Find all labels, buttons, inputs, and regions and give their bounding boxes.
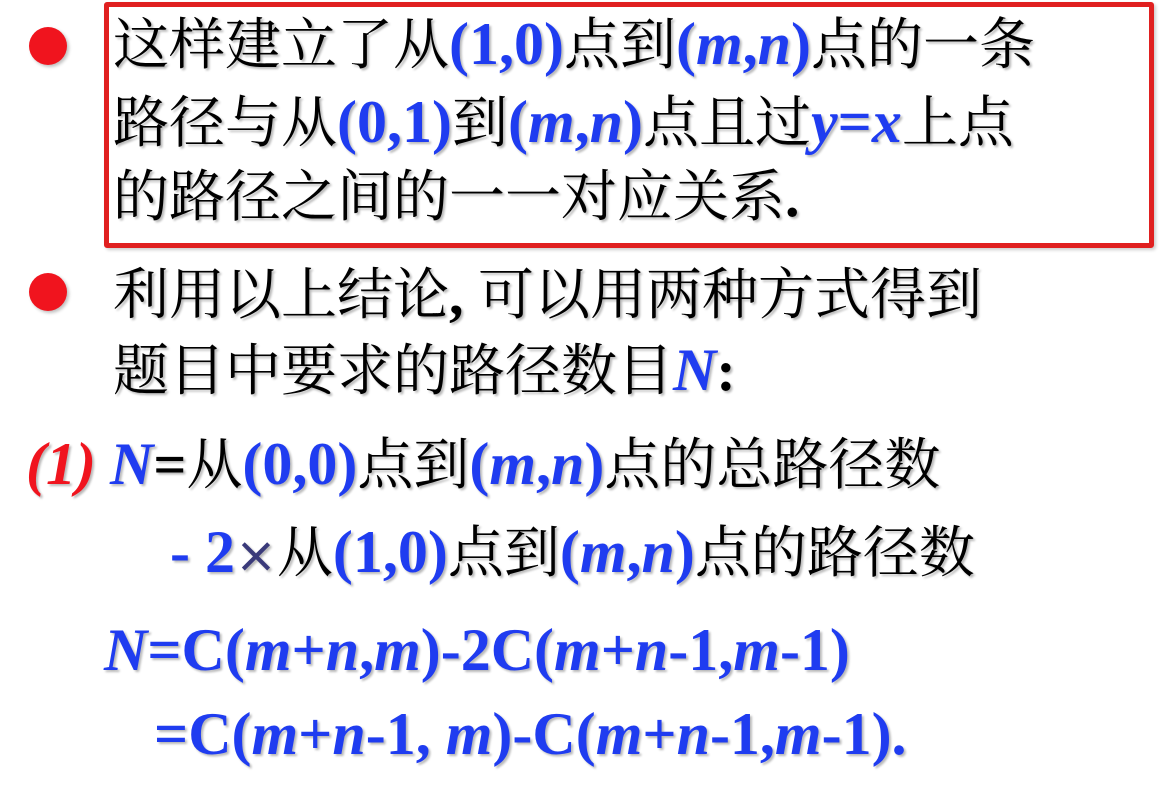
math-run: n — [635, 617, 668, 683]
method-line-1: N=从(0,0)点到(m,n)点的总路径数 — [110, 434, 940, 494]
text-run: 点的一条 — [811, 13, 1035, 78]
math-run: m — [374, 617, 421, 683]
math-run: m — [596, 701, 643, 767]
boxed-line-1: 这样建立了从(1,0)点到(m,n)点的一条 — [113, 14, 1035, 74]
math-run: + — [642, 701, 676, 767]
math-run: n — [332, 701, 365, 767]
math-run: : — [716, 338, 735, 403]
math-run: )-2C( — [421, 617, 554, 683]
math-run: m — [489, 431, 536, 497]
text-run: 从 — [277, 521, 333, 586]
math-run: n — [590, 89, 623, 155]
bullet-icon — [29, 27, 67, 65]
math-run: y — [811, 89, 838, 155]
math-run: ) — [584, 431, 604, 497]
math-run: (1,0) — [449, 11, 564, 77]
math-run: (0,1) — [337, 89, 452, 155]
text-run: 点且过 — [643, 91, 811, 156]
math-run: m — [696, 11, 743, 77]
text-run: 从 — [186, 433, 242, 498]
text-run: 到 — [452, 91, 508, 156]
text-run: 题目中要求的路径数目 — [113, 339, 673, 404]
math-run: n — [758, 11, 791, 77]
math-run: , — [627, 519, 642, 585]
math-run: n — [642, 519, 675, 585]
math-run: ) — [675, 519, 695, 585]
math-run: m — [580, 519, 627, 585]
math-run: (0,0) — [242, 431, 357, 497]
math-run: n — [326, 617, 359, 683]
math-run: , — [449, 262, 478, 327]
math-run: ) — [791, 11, 811, 77]
text-run: 可以用两种方式得到 — [478, 263, 982, 328]
math-run: -1). — [822, 701, 907, 767]
math-run: ( — [560, 519, 580, 585]
math-run: (1,0) — [333, 519, 448, 585]
math-run: ) — [623, 89, 643, 155]
math-run: m — [528, 89, 575, 155]
math-run: , — [575, 89, 590, 155]
math-run: ( — [508, 89, 528, 155]
text-run: 点的总路径数 — [604, 433, 940, 498]
math-run: -1, — [366, 701, 446, 767]
math-run: × — [235, 526, 277, 584]
boxed-line-3: 的路径之间的一一对应关系. — [113, 168, 800, 226]
math-run: = — [838, 89, 872, 155]
math-run: + — [601, 617, 635, 683]
math-run: , — [743, 11, 758, 77]
formula-line-2: =C(m+n-1, m)-C(m+n-1,m-1). — [154, 704, 907, 764]
method-label: (1) — [26, 434, 96, 494]
math-run: m — [252, 701, 299, 767]
math-run: ( — [676, 11, 696, 77]
math-run: m — [245, 617, 292, 683]
conclusion-line-2: 题目中要求的路径数目N: — [113, 340, 736, 400]
math-run: . — [785, 164, 800, 229]
text-run: 路径与从 — [113, 91, 337, 156]
math-run: =C( — [154, 701, 252, 767]
text-run: 点到 — [564, 13, 676, 78]
math-run: x — [872, 89, 902, 155]
bullet-icon — [29, 273, 67, 311]
boxed-line-2: 路径与从(0,1)到(m,n)点且过y=x上点 — [113, 92, 1014, 152]
text-run: 的路径之间的一一对应关系 — [113, 165, 785, 230]
text-run: 这样建立了从 — [113, 13, 449, 78]
math-run: m — [554, 617, 601, 683]
math-run: - 2 — [170, 519, 235, 585]
math-run: ( — [469, 431, 489, 497]
math-run: -1, — [710, 701, 775, 767]
text-run: 利用以上结论 — [113, 263, 449, 328]
text-run: 点到 — [357, 433, 469, 498]
text-run: 点的路径数 — [695, 521, 975, 586]
math-run: m — [446, 701, 493, 767]
math-run: =C( — [147, 617, 245, 683]
math-run: n — [551, 431, 584, 497]
math-run: -1) — [780, 617, 850, 683]
math-run: , — [359, 617, 374, 683]
math-run: + — [298, 701, 332, 767]
math-run: N — [110, 431, 153, 497]
math-run: )-C( — [492, 701, 595, 767]
math-run: -1, — [668, 617, 733, 683]
formula-line-1: N=C(m+n,m)-2C(m+n-1,m-1) — [104, 620, 850, 680]
math-run: m — [733, 617, 780, 683]
math-run: m — [775, 701, 822, 767]
text-run: 上点 — [902, 91, 1014, 156]
math-run: = — [153, 432, 186, 497]
text-run: 点到 — [448, 521, 560, 586]
math-run: N — [104, 617, 147, 683]
method-line-2: - 2×从(1,0)点到(m,n)点的路径数 — [170, 522, 975, 582]
math-run: N — [673, 337, 716, 403]
math-run: + — [292, 617, 326, 683]
math-run: , — [536, 431, 551, 497]
conclusion-line-1: 利用以上结论, 可以用两种方式得到 — [113, 266, 982, 324]
math-run: n — [677, 701, 710, 767]
